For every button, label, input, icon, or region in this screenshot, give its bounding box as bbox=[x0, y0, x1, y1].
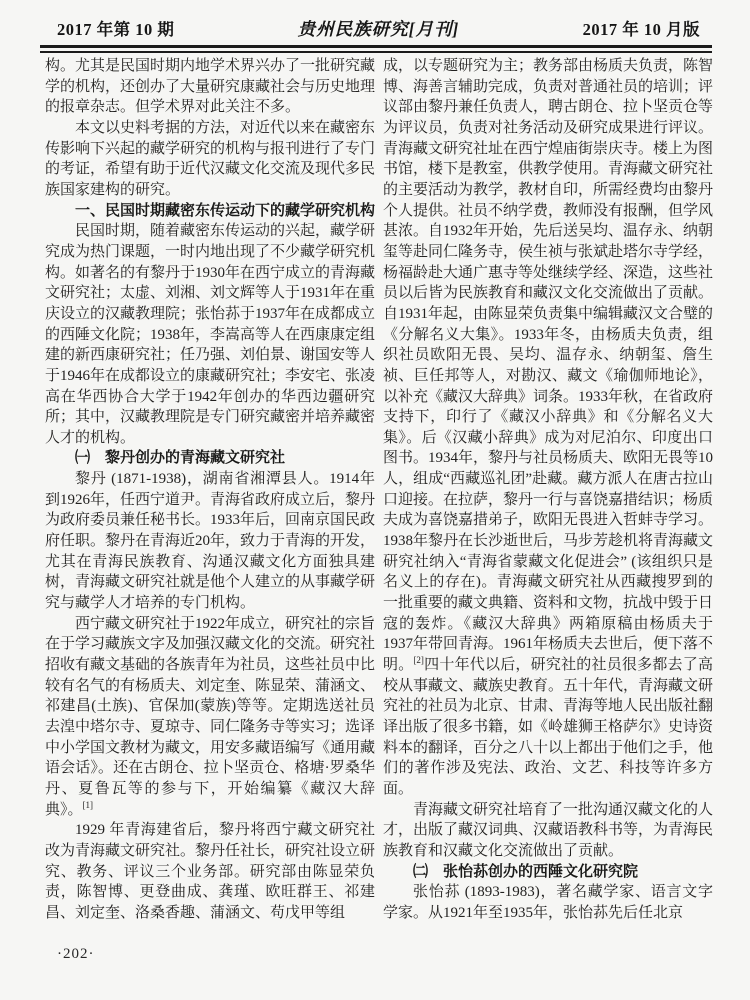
footnote-marker: [1] bbox=[83, 800, 94, 810]
journal-page-scan: 2017 年第 10 期 贵州民族研究[月刊] 2017 年 10 月版 构。尤… bbox=[0, 0, 750, 1000]
paragraph: 青海藏文研究社培育了一批沟通汉藏文化的人才，出版了藏汉词典、汉藏语教科书等，为青… bbox=[383, 800, 713, 862]
page-number: ·202· bbox=[57, 946, 95, 963]
footnote-marker: [2] bbox=[413, 655, 424, 665]
paragraph: 构。尤其是民国时期内地学术界兴办了一批研究藏学的机构，还创办了大量研究康藏社会与… bbox=[45, 56, 375, 118]
header-issue-number: 2017 年第 10 期 bbox=[57, 16, 174, 40]
paragraph: 成，以专题研究为主；教务部由杨质夫负责，陈智博、海善言辅助完成，负责对普通社员的… bbox=[383, 56, 713, 800]
section-heading: ㈠ 黎丹创办的青海藏文研究社 bbox=[45, 448, 375, 469]
paragraph: 民国时期，随着藏密东传运动的兴起，藏学研究成为热门课题，一时内地出现了不少藏学研… bbox=[45, 221, 375, 448]
paragraph: 黎丹 (1871-1938)，湖南省湘潭县人。1914年到1926年，任西宁道尹… bbox=[45, 469, 375, 614]
article-body: 构。尤其是民国时期内地学术界兴办了一批研究藏学的机构，还创办了大量研究康藏社会与… bbox=[45, 56, 713, 924]
journal-title: 贵州民族研究[月刊] bbox=[298, 16, 460, 41]
header-double-rule bbox=[40, 45, 712, 53]
paragraph: 张怡荪 (1893-1983)，著名藏学家、语言文字学家。从1921年至1935… bbox=[383, 882, 713, 923]
section-heading: 一、民国时期藏密东传运动下的藏学研究机构 bbox=[45, 201, 375, 222]
page-header: 2017 年第 10 期 贵州民族研究[月刊] 2017 年 10 月版 bbox=[57, 16, 700, 41]
paragraph: 本文以史料考据的方法，对近代以来在藏密东传影响下兴起的藏学研究的机构与报刊进行了… bbox=[45, 118, 375, 201]
paragraph: 1929 年青海建省后，黎丹将西宁藏文研究社改为青海藏文研究社。黎丹任社长，研究… bbox=[45, 820, 375, 923]
text-column-right: 成，以专题研究为主；教务部由杨质夫负责，陈智博、海善言辅助完成，负责对普通社员的… bbox=[383, 56, 713, 924]
text-column-left: 构。尤其是民国时期内地学术界兴办了一批研究藏学的机构，还创办了大量研究康藏社会与… bbox=[45, 56, 375, 924]
section-heading: ㈡ 张怡荪创办的西陲文化研究院 bbox=[383, 862, 713, 883]
paragraph: 西宁藏文研究社于1922年成立，研究社的宗旨在于学习藏族文字及加强汉藏文化的交流… bbox=[45, 614, 375, 821]
header-edition-date: 2017 年 10 月版 bbox=[583, 16, 700, 40]
